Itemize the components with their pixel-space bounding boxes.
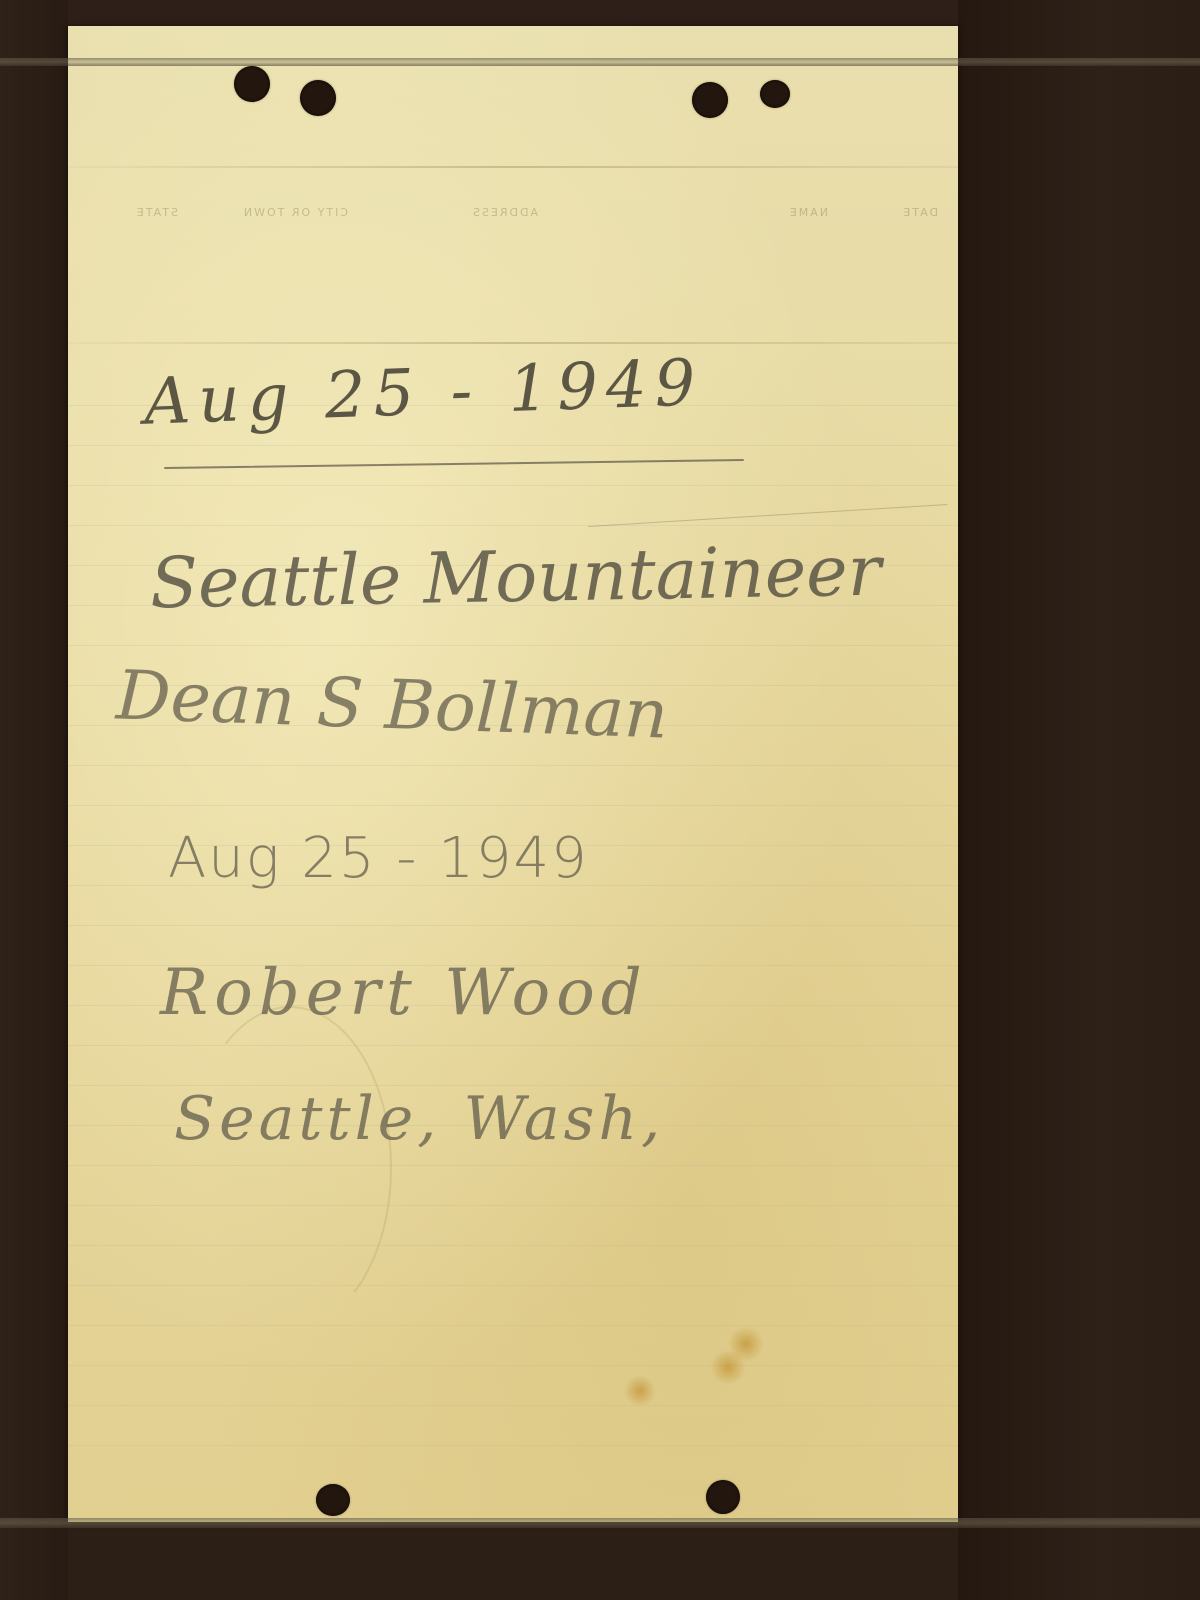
bleed-through-headers: DATE NAME ADDRESS CITY OR TOWN STATE bbox=[68, 206, 958, 226]
document-sheet: DATE NAME ADDRESS CITY OR TOWN STATE Aug… bbox=[68, 26, 958, 1522]
entry-2-location: Seattle, Wash, bbox=[174, 1084, 664, 1154]
bleed-header-city: CITY OR TOWN bbox=[242, 206, 348, 219]
punch-hole bbox=[706, 1480, 740, 1514]
mount-strip-bottom bbox=[0, 1518, 1200, 1528]
entry-2-date: Aug 25 - 1949 bbox=[168, 826, 589, 891]
stain bbox=[708, 1351, 748, 1383]
punch-hole bbox=[760, 80, 790, 108]
mount-strip-top bbox=[0, 58, 1200, 66]
bleed-header-address: ADDRESS bbox=[471, 206, 538, 219]
bleed-header-date: DATE bbox=[901, 206, 938, 219]
bleed-header-name: NAME bbox=[788, 206, 828, 219]
backdrop-left bbox=[0, 0, 68, 1600]
water-stain bbox=[188, 1006, 392, 1330]
fold-line bbox=[68, 166, 958, 168]
punch-hole bbox=[316, 1484, 350, 1516]
punch-hole bbox=[300, 80, 336, 116]
punch-hole bbox=[234, 66, 270, 102]
backdrop-right bbox=[958, 0, 1200, 1600]
entry-2-name: Robert Wood bbox=[160, 956, 648, 1030]
stain bbox=[623, 1376, 657, 1406]
fold-line bbox=[68, 342, 958, 344]
punch-hole bbox=[692, 82, 728, 118]
entry-1-name: Seattle Mountaineer bbox=[149, 530, 881, 625]
bleed-header-state: STATE bbox=[135, 206, 178, 219]
